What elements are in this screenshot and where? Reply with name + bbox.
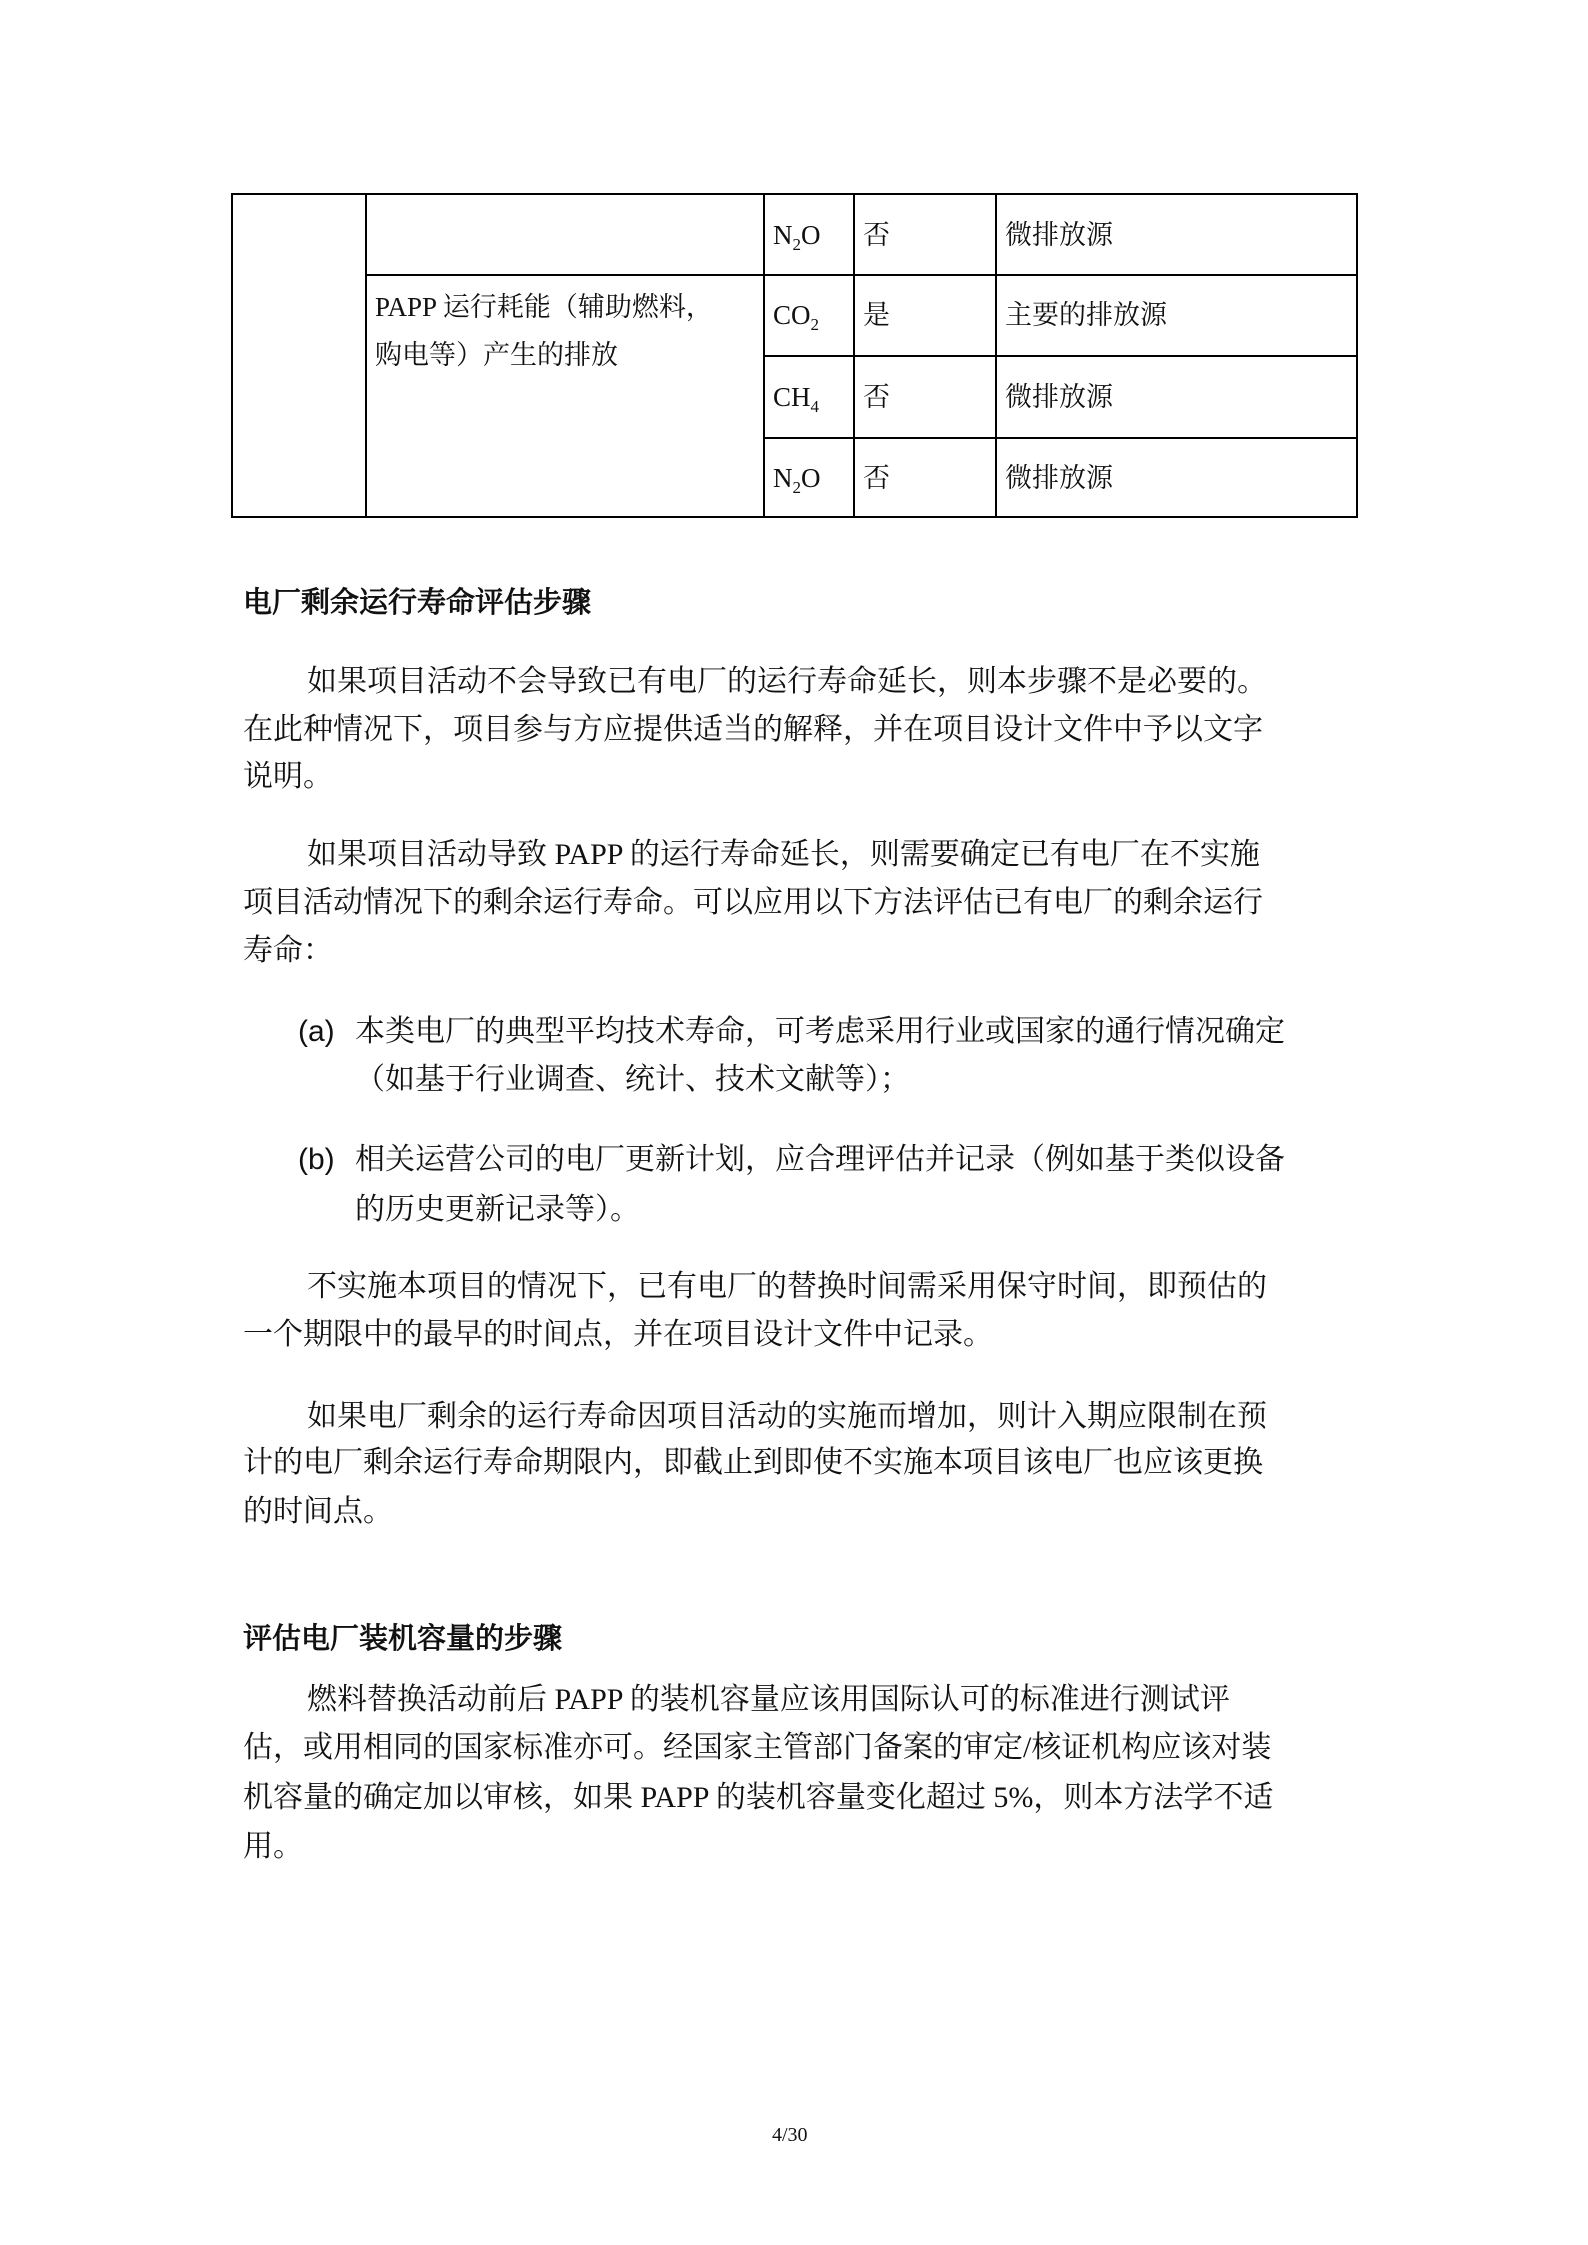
paragraph-line: 计的电厂剩余运行寿命期限内，即截止到即使不实施本项目该电厂也应该更换 [243,1445,1263,1481]
emission-sources-table: N2O 否 微排放源 PAPP 运行耗能（辅助燃料， 购电等）产生的排放 CO2… [231,193,1358,518]
paragraph-line: 寿命： [243,933,333,969]
paragraph-line: 说明。 [243,759,333,795]
note-cell: 微排放源 [1005,454,1113,502]
note-cell: 主要的排放源 [1005,291,1167,339]
paragraph-line: 机容量的确定加以审核，如果 PAPP 的装机容量变化超过 5%，则本方法学不适 [243,1780,1273,1816]
gas-cell: CH4 [773,373,819,421]
gas-cell: N2O [773,454,821,502]
paragraph-line: 不实施本项目的情况下，已有电厂的替换时间需采用保守时间，即预估的 [307,1269,1267,1305]
list-item-line: 相关运营公司的电厂更新计划，应合理评估并记录（例如基于类似设备 [355,1142,1285,1178]
table-divider [763,355,1356,357]
paragraph-line: 如果项目活动导致 PAPP 的运行寿命延长，则需要确定已有电厂在不实施 [307,837,1260,873]
note-cell: 微排放源 [1005,211,1113,259]
paragraph-line: 的时间点。 [243,1494,393,1530]
list-item-line: 的历史更新记录等）。 [355,1192,640,1228]
included-cell: 是 [863,291,890,339]
paragraph-line: 如果项目活动不会导致已有电厂的运行寿命延长，则本步骤不是必要的。 [307,664,1267,700]
table-divider [365,274,1356,276]
paragraph-line: 估，或用相同的国家标准亦可。经国家主管部门备案的审定/核证机构应该对装 [243,1730,1271,1766]
section-heading: 电厂剩余运行寿命评估步骤 [243,584,591,620]
table-divider [365,195,367,516]
gas-cell: N2O [773,211,821,259]
list-label: (b) [298,1142,335,1178]
section-heading: 评估电厂装机容量的步骤 [243,1620,562,1656]
table-divider [763,437,1356,439]
list-item-line: 本类电厂的典型平均技术寿命，可考虑采用行业或国家的通行情况确定 [355,1014,1285,1050]
source-cell: 购电等）产生的排放 [375,331,618,379]
list-item-line: （如基于行业调查、统计、技术文献等）； [355,1062,910,1098]
list-label: (a) [298,1014,335,1050]
paragraph-line: 项目活动情况下的剩余运行寿命。可以应用以下方法评估已有电厂的剩余运行 [243,885,1263,921]
included-cell: 否 [863,373,890,421]
note-cell: 微排放源 [1005,373,1113,421]
included-cell: 否 [863,454,890,502]
source-cell: PAPP 运行耗能（辅助燃料， [375,283,713,331]
page-number: 4/30 [772,2122,808,2148]
gas-cell: CO2 [773,291,819,339]
paragraph-line: 如果电厂剩余的运行寿命因项目活动的实施而增加，则计入期应限制在预 [307,1399,1267,1435]
paragraph-line: 用。 [243,1829,303,1865]
included-cell: 否 [863,211,890,259]
paragraph-line: 一个期限中的最早的时间点，并在项目设计文件中记录。 [243,1317,993,1353]
paragraph-line: 燃料替换活动前后 PAPP 的装机容量应该用国际认可的标准进行测试评 [307,1682,1230,1718]
paragraph-line: 在此种情况下，项目参与方应提供适当的解释，并在项目设计文件中予以文字 [243,712,1263,748]
